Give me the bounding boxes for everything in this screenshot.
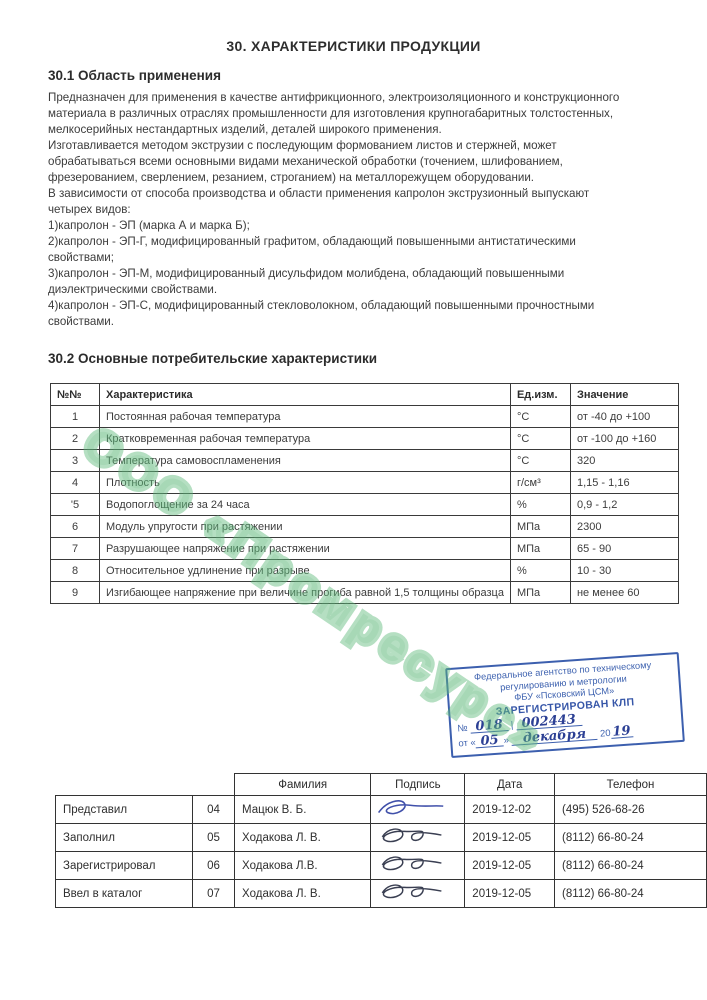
row-phone: (8112) 66-80-24 — [555, 880, 707, 908]
row-value: от -100 до +160 — [570, 428, 678, 450]
registration-stamp: Федеральное агентство по техническому ре… — [445, 652, 685, 758]
stamp-date-year-handwritten: 19 — [610, 726, 633, 739]
table-row: 2 Кратковременная рабочая температура °С… — [51, 428, 679, 450]
stamp-date-year-prefix: 20 — [600, 727, 611, 739]
col-header-number: №№ — [51, 384, 100, 406]
row-value: 10 - 30 — [570, 560, 678, 582]
row-value: 65 - 90 — [570, 538, 678, 560]
row-value: 2300 — [570, 516, 678, 538]
row-name: Мацюк В. Б. — [235, 796, 371, 824]
section-30-2-heading: 30.2 Основные потребительские характерис… — [48, 351, 377, 366]
row-phone: (8112) 66-80-24 — [555, 852, 707, 880]
row-unit: г/см³ — [510, 472, 570, 494]
row-characteristic: Относительное удлинение при разрыве — [100, 560, 511, 582]
row-number: 4 — [51, 472, 100, 494]
signature-scribble — [371, 796, 449, 820]
signature-row: Ввел в каталог 07 Ходакова Л. В. 2019-12… — [56, 880, 707, 908]
row-number: 9 — [51, 582, 100, 604]
page-title: 30. ХАРАКТЕРИСТИКИ ПРОДУКЦИИ — [0, 38, 707, 54]
signature-cell — [371, 796, 465, 824]
stamp-date-month-handwritten: декабря — [511, 728, 598, 745]
table-row: 8 Относительное удлинение при разрыве % … — [51, 560, 679, 582]
row-code: 05 — [192, 824, 234, 852]
row-date: 2019-12-05 — [465, 852, 555, 880]
row-unit: % — [510, 560, 570, 582]
table-row: 3 Температура самовоспламенения °С 320 — [51, 450, 679, 472]
table-row: 9 Изгибающее напряжение при величине про… — [51, 582, 679, 604]
col-header-phone: Телефон — [555, 774, 707, 796]
section-30-1-body: Предназначен для применения в качестве а… — [48, 90, 673, 330]
signature-scribble — [371, 824, 449, 848]
row-name: Ходакова Л. В. — [235, 880, 371, 908]
row-role: Ввел в каталог — [56, 880, 193, 908]
row-date: 2019-12-05 — [465, 824, 555, 852]
col-header-characteristic: Характеристика — [100, 384, 511, 406]
row-value: от -40 до +100 — [570, 406, 678, 428]
row-date: 2019-12-02 — [465, 796, 555, 824]
table-row: 1 Постоянная рабочая температура °С от -… — [51, 406, 679, 428]
row-role: Зарегистрировал — [56, 852, 193, 880]
stamp-date-close: » — [503, 735, 509, 746]
signature-scribble — [371, 880, 449, 904]
signature-cell — [371, 852, 465, 880]
table-row: '5 Водопоглощение за 24 часа % 0,9 - 1,2 — [51, 494, 679, 516]
stamp-date-day-handwritten: 05 — [475, 735, 504, 748]
row-characteristic: Температура самовоспламенения — [100, 450, 511, 472]
row-number: 1 — [51, 406, 100, 428]
stamp-date-prefix: от « — [458, 737, 476, 749]
row-characteristic: Кратковременная рабочая температура — [100, 428, 511, 450]
row-value: 1,15 - 1,16 — [570, 472, 678, 494]
row-code: 04 — [192, 796, 234, 824]
row-characteristic: Плотность — [100, 472, 511, 494]
signature-cell — [371, 824, 465, 852]
table-row: 6 Модуль упругости при растяжении МПа 23… — [51, 516, 679, 538]
signature-table: Фамилия Подпись Дата Телефон Представил … — [55, 773, 707, 908]
row-unit: °С — [510, 428, 570, 450]
row-value: 0,9 - 1,2 — [570, 494, 678, 516]
row-characteristic: Изгибающее напряжение при величине проги… — [100, 582, 511, 604]
col-header-date: Дата — [465, 774, 555, 796]
row-code: 06 — [192, 852, 234, 880]
row-date: 2019-12-05 — [465, 880, 555, 908]
signature-cell — [371, 880, 465, 908]
row-code: 07 — [192, 880, 234, 908]
row-name: Ходакова Л. В. — [235, 824, 371, 852]
signature-row: Представил 04 Мацюк В. Б. 2019-12-02 (49… — [56, 796, 707, 824]
row-role: Представил — [56, 796, 193, 824]
row-unit: % — [510, 494, 570, 516]
col-header-family-name: Фамилия — [235, 774, 371, 796]
row-number: 2 — [51, 428, 100, 450]
table-row: 4 Плотность г/см³ 1,15 - 1,16 — [51, 472, 679, 494]
row-phone: (495) 526-68-26 — [555, 796, 707, 824]
signature-row: Зарегистрировал 06 Ходакова Л.В. 2019-12… — [56, 852, 707, 880]
col-header-value: Значение — [570, 384, 678, 406]
row-name: Ходакова Л.В. — [235, 852, 371, 880]
row-number: 8 — [51, 560, 100, 582]
row-characteristic: Разрушающее напряжение при растяжении — [100, 538, 511, 560]
stamp-number-label: № — [457, 723, 468, 735]
row-value: не менее 60 — [570, 582, 678, 604]
row-unit: °С — [510, 450, 570, 472]
header-spacer — [56, 774, 193, 796]
document-page: ООО «Промресурс» 30. ХАРАКТЕРИСТИКИ ПРОД… — [0, 0, 707, 1000]
signature-row: Заполнил 05 Ходакова Л. В. 2019-12-05 (8… — [56, 824, 707, 852]
row-unit: МПа — [510, 516, 570, 538]
row-characteristic: Водопоглощение за 24 часа — [100, 494, 511, 516]
signature-scribble — [371, 852, 449, 876]
signature-header-row: Фамилия Подпись Дата Телефон — [56, 774, 707, 796]
col-header-unit: Ед.изм. — [510, 384, 570, 406]
row-characteristic: Модуль упругости при растяжении — [100, 516, 511, 538]
characteristics-header-row: №№ Характеристика Ед.изм. Значение — [51, 384, 679, 406]
row-phone: (8112) 66-80-24 — [555, 824, 707, 852]
table-row: 7 Разрушающее напряжение при растяжении … — [51, 538, 679, 560]
row-role: Заполнил — [56, 824, 193, 852]
row-number: 3 — [51, 450, 100, 472]
row-unit: МПа — [510, 582, 570, 604]
header-spacer — [192, 774, 234, 796]
row-characteristic: Постоянная рабочая температура — [100, 406, 511, 428]
col-header-signature: Подпись — [371, 774, 465, 796]
row-unit: МПа — [510, 538, 570, 560]
row-number: '5 — [51, 494, 100, 516]
row-number: 7 — [51, 538, 100, 560]
section-30-1-heading: 30.1 Область применения — [48, 68, 221, 83]
stamp-number-separator: | — [510, 720, 513, 731]
characteristics-table: №№ Характеристика Ед.изм. Значение 1 Пос… — [50, 383, 679, 604]
row-number: 6 — [51, 516, 100, 538]
row-value: 320 — [570, 450, 678, 472]
stamp-number-handwritten-1: 018 — [470, 720, 509, 734]
row-unit: °С — [510, 406, 570, 428]
